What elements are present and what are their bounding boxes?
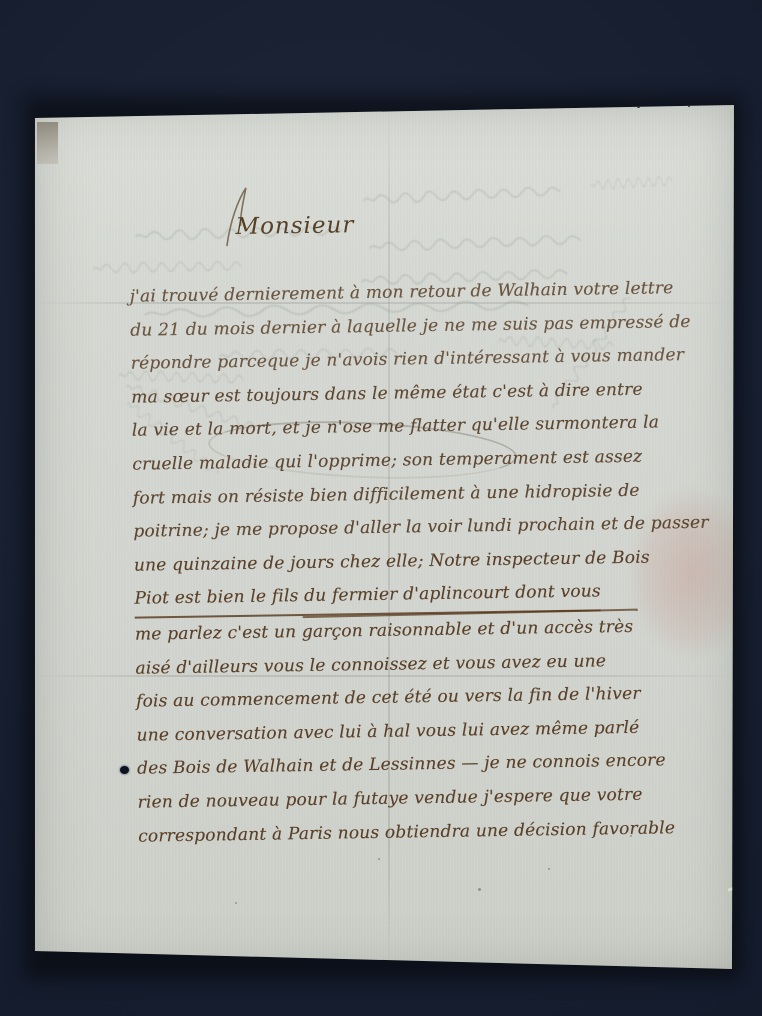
- paper-edge-shading: [30, 100, 740, 975]
- letter-paper: Monsieur j'ai trouvé dernierement à mon …: [30, 100, 740, 975]
